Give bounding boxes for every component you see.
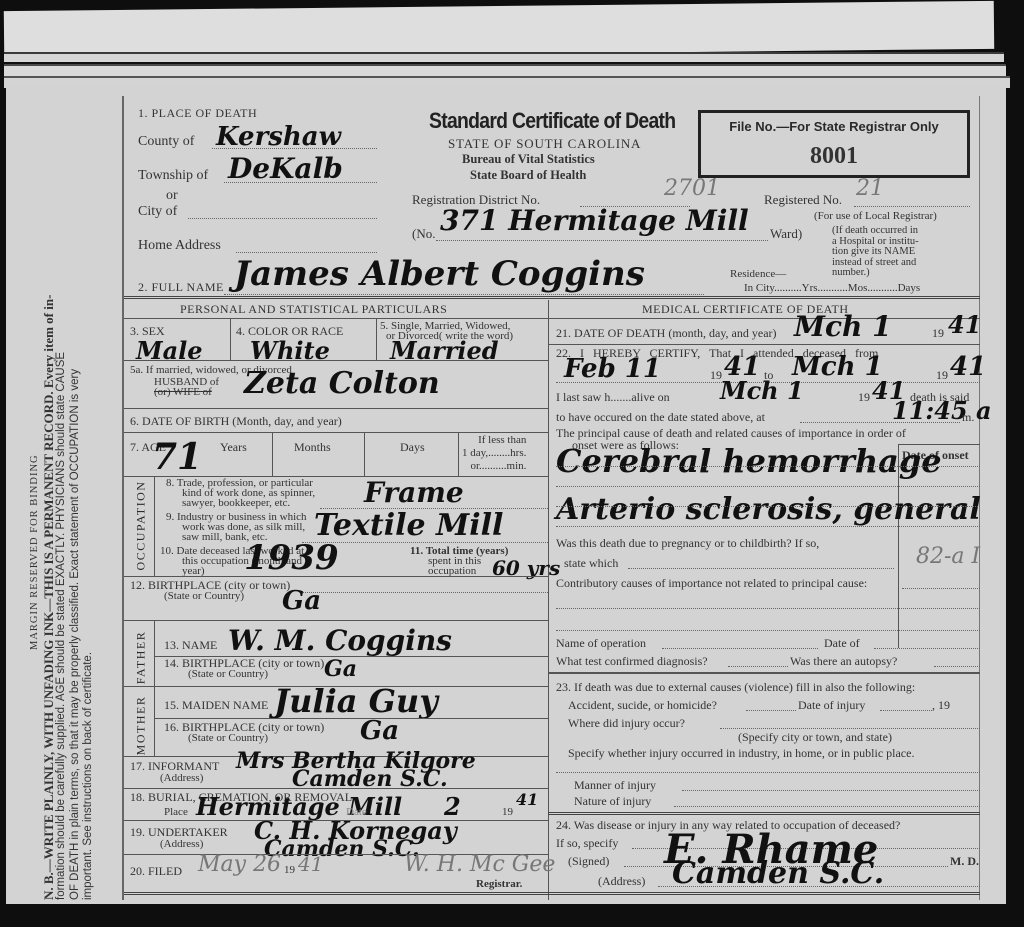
filed-year-value: 41 [298,852,323,876]
board-name: State Board of Health [470,168,586,183]
or-label: or [166,188,178,204]
registrar-signature: W. H. Mc Gee [404,852,555,877]
city-label: City of [138,204,177,220]
mother-name-label: 15. MAIDEN NAME [164,698,268,713]
home-address-label: Home Address [138,238,221,254]
birthplace-label: 12. BIRTHPLACE (city or town) (State or … [130,580,290,602]
cause-1-value: Cerebral hemorrhage [556,442,942,480]
margin-line-1: N. B.—WRITE PLAINLY, WITH UNFADING INK—T… [42,100,56,900]
age-months-label: Months [294,440,331,455]
local-registrar-note: (For use of Local Registrar) [814,210,937,222]
filed-year-prefix: 19 [284,864,295,876]
burial-year-value: 41 [516,790,538,809]
township-label: Township of [138,168,208,184]
last-saw-value: Mch 1 [720,376,804,405]
margin-line-4: important. See instructions on back of c… [82,100,96,900]
dob-label: 6. DATE OF BIRTH (Month, day, and year) [130,414,342,429]
spouse-label-3: (or) WIFE of [154,386,212,398]
filed-value: May 26 [198,852,281,877]
registration-district-value: 2701 [664,176,720,201]
trade-label: 8. Trade, profession, or particular kind… [166,478,315,508]
specify-place-label: Specify whether injury occurred in indus… [568,746,914,761]
age-less-than-day: If less than 1 day,........hrs. or......… [462,434,526,473]
date-of-death-label: 21. DATE OF DEATH (month, day, and year) [556,326,777,341]
background-page [4,1,994,59]
age-days-label: Days [400,440,425,455]
township-value: DeKalb [228,152,343,185]
spouse-value: Zeta Colton [244,366,440,401]
undertaker-label: 19. UNDERTAKER (Address) [130,826,228,850]
father-name-label: 13. NAME [164,638,217,653]
certificate-title: Standard Certificate of Death [429,108,675,134]
attended-to-year-prefix: 19 [936,368,948,383]
trade-value: Frame [364,476,464,509]
father-birthplace-value: Ga [324,656,357,682]
contributory-label: Contributory causes of importance not re… [556,576,867,591]
page-edge [4,52,1004,62]
residence-fields: In City..........Yrs...........Mos......… [744,282,920,294]
age-value: 71 [152,436,202,478]
burial-year-prefix: 19 [502,806,513,818]
physician-address-value: Camden S.C. [672,856,884,891]
nature-label: Nature of injury [574,794,651,809]
filed-label: 20. FILED [130,864,182,879]
time-suffix: m. [962,410,974,425]
state-file-number-box: File No.—For State Registrar Only 8001 [698,110,970,178]
state-which-label: state which [564,556,618,571]
last-saw-label: I last saw h.......alive on [556,390,670,405]
specify-city-label: (Specify city or town, and state) [738,730,892,745]
external-causes-label: 23. If death was due to external causes … [556,680,915,695]
occurred-label: to have occured on the date stated above… [556,410,765,425]
residence-label: Residence— [730,268,786,280]
place-of-death-heading: 1. PLACE OF DEATH [138,106,257,121]
pregnancy-label: Was this death due to pregnancy or to ch… [556,536,819,551]
industry-value: Textile Mill [314,508,503,543]
accident-label: Accident, sucide, or homicide? [568,698,717,713]
mother-name-value: Julia Guy [274,682,438,720]
file-box-label: File No.—For State Registrar Only [701,119,967,134]
margin-line-2: formation should be carefully supplied. … [55,100,69,900]
street-no-label: (No. [412,226,435,242]
registered-no-label: Registered No. [764,192,842,208]
margin-line-3: OF DEATH in plain terms, so that it may … [69,100,83,900]
county-value: Kershaw [216,122,341,152]
full-name-value: James Albert Coggins [234,254,645,294]
mother-side-label: MOTHER [134,693,149,759]
cause-2-value: Arterio sclerosis, general [556,492,981,527]
occupation-side-label: OCCUPATION [134,481,149,571]
informant-label: 17. INFORMANT (Address) [130,760,219,784]
father-side-label: FATHER [134,625,149,691]
time-of-death-value: 11:45 a [892,396,992,425]
county-label: County of [138,134,194,150]
registered-no-value: 21 [856,176,884,201]
if-so-label: If so, specify [556,836,618,851]
mother-birthplace-label: 16. BIRTHPLACE (city or town) (State or … [164,722,324,744]
injury-year-prefix: , 19 [932,698,950,713]
physician-address-label: (Address) [598,874,645,889]
full-name-label: 2. FULL NAME [138,280,224,295]
injury-date-label: Date of injury [798,698,865,713]
operation-date-label: Date of [824,636,860,651]
death-year-value: 41 [948,310,981,339]
undertaker-address: Camden S.C. [264,836,420,862]
signed-label: (Signed) [568,854,609,869]
father-name-value: W. M. Coggins [228,624,452,657]
manner-label: Manner of injury [574,778,656,793]
death-year-prefix: 19 [932,326,944,341]
md-label: M. D. [950,854,979,869]
personal-heading: PERSONAL AND STATISTICAL PARTICULARS [180,302,447,317]
test-label: What test confirmed diagnosis? [556,654,708,669]
attended-to-value: Mch 1 [792,352,883,382]
father-birthplace-label: 14. BIRTHPLACE (city or town) (State or … [164,658,324,680]
last-worked-value: 1939 [244,538,339,578]
mother-birthplace-value: Ga [360,716,399,746]
hospital-note: (If death occurred in a Hospital or inst… [832,226,919,279]
classification-code: 82-a I [916,544,980,569]
age-years-label: Years [220,440,247,455]
margin-instructions: MARGIN RESERVED FOR BINDING N. B.—WRITE … [28,100,96,900]
street-no-value: 371 Hermitage Mill [440,204,749,237]
death-certificate-form: 1. PLACE OF DEATH County of Kershaw Town… [122,96,980,900]
last-saw-year-prefix: 19 [858,390,870,405]
birthplace-value: Ga [282,586,321,616]
bureau-name: Bureau of Vital Statistics [462,152,595,167]
page-edge [4,64,1006,76]
injury-where-label: Where did injury occur? [568,716,685,731]
burial-place-label: Place [164,806,188,818]
autopsy-label: Was there an autopsy? [790,654,897,669]
attended-from-value: Feb 11 [564,354,661,384]
margin-reserved: MARGIN RESERVED FOR BINDING [28,100,42,900]
registrar-label: Registrar. [476,878,522,890]
file-number: 8001 [701,143,967,170]
operation-label: Name of operation [556,636,646,651]
ward-label: Ward) [770,226,802,242]
state-name: STATE OF SOUTH CAROLINA [448,136,641,152]
attended-to-year: 41 [950,352,986,382]
date-of-death-value: Mch 1 [794,310,892,343]
